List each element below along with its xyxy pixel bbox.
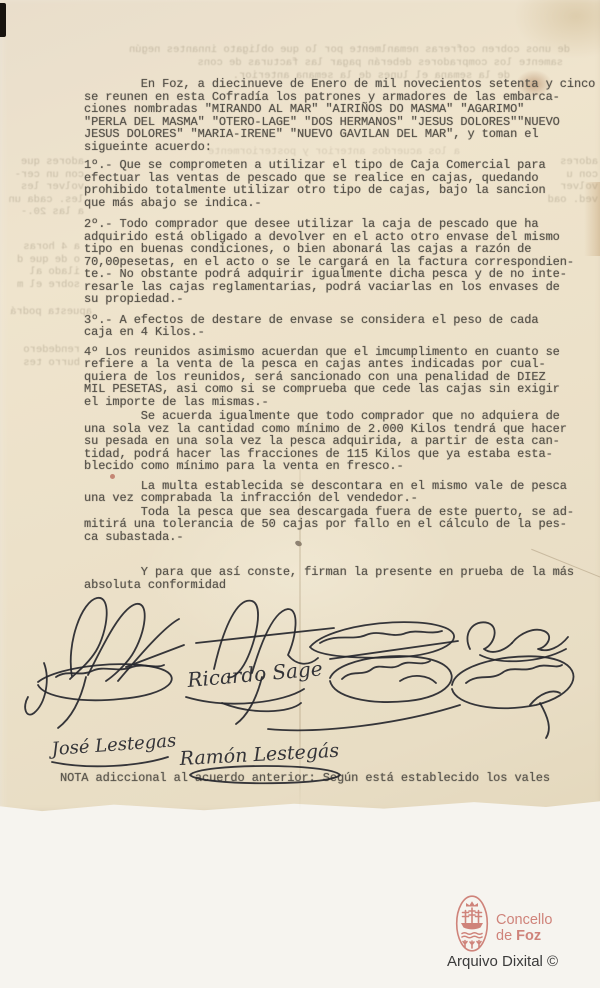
signature-5: [25, 663, 172, 715]
paragraph-clause-4: 4º Los reunidos asimismo acuerdan que el…: [84, 346, 596, 409]
signature-6: Ricardo Sage: [185, 656, 460, 730]
paragraph-tolerance: Toda la pesca que sea descargada fuera d…: [84, 506, 596, 544]
signature-10: Ramón Lestegás: [178, 740, 340, 784]
paragraph-clause-2: 2º.- Todo comprador que desee utilizar l…: [84, 218, 596, 306]
paragraph-clause-3: 3º.- A efectos de destare de envase se c…: [84, 314, 596, 339]
signature-7: [330, 656, 452, 702]
scanned-document: de unos cobren cofreras nemanlmente por …: [0, 0, 600, 988]
paragraph-minimum-weight: Se acuerda igualmente que todo comprador…: [84, 410, 596, 473]
bleedthrough-text: apuesta podrá: [0, 306, 92, 319]
concello-de-foz-crest-icon: [455, 894, 489, 953]
logo-line2: de Foz: [496, 928, 552, 944]
arquivo-dixital-credit: Arquivo Dixital ©: [447, 953, 558, 970]
signature-ricardo-sage: Ricardo Sage: [185, 656, 323, 692]
signature-9: José Lestegas: [47, 730, 177, 766]
signature-1: [58, 598, 184, 728]
bleedthrough-text: a 4 horas o de que d ilado al sobre el m: [0, 241, 80, 291]
signature-4: [467, 622, 568, 661]
paragraph-intro: En Foz, a diecinueve de Enero de mil nov…: [84, 78, 596, 153]
plants-icon: [463, 941, 481, 949]
bleedthrough-text: samente los compradores deberán pagar la…: [58, 57, 563, 70]
bleedthrough-text: de unos cobren cofreras nemanlmente por …: [110, 44, 570, 57]
scan-edge-mark: [0, 3, 6, 37]
signature-8: [452, 656, 574, 738]
bleedthrough-text: adores que con un cer- volver les les. c…: [0, 156, 84, 219]
ship-icon: [461, 908, 483, 929]
typed-text-block: En Foz, a diecinueve de Enero de mil nov…: [84, 78, 596, 591]
crown-icon: [466, 901, 478, 906]
bleedthrough-text: rendedero burro tes: [0, 344, 80, 369]
logo-line1: Concello: [496, 912, 552, 928]
concello-de-foz-wordmark: Concello de Foz: [496, 912, 552, 944]
waves-icon: [462, 933, 482, 938]
paragraph-clause-1: 1º.- Que se comprometen a utilizar el ti…: [84, 159, 596, 209]
paragraph-fine: La multa establecida se descontara en el…: [84, 480, 596, 505]
signature-jose-lestegas: José Lestegas: [47, 730, 177, 760]
signatures-block: Ricardo Sage José Lestegas Ramón Lestegá…: [0, 585, 600, 790]
